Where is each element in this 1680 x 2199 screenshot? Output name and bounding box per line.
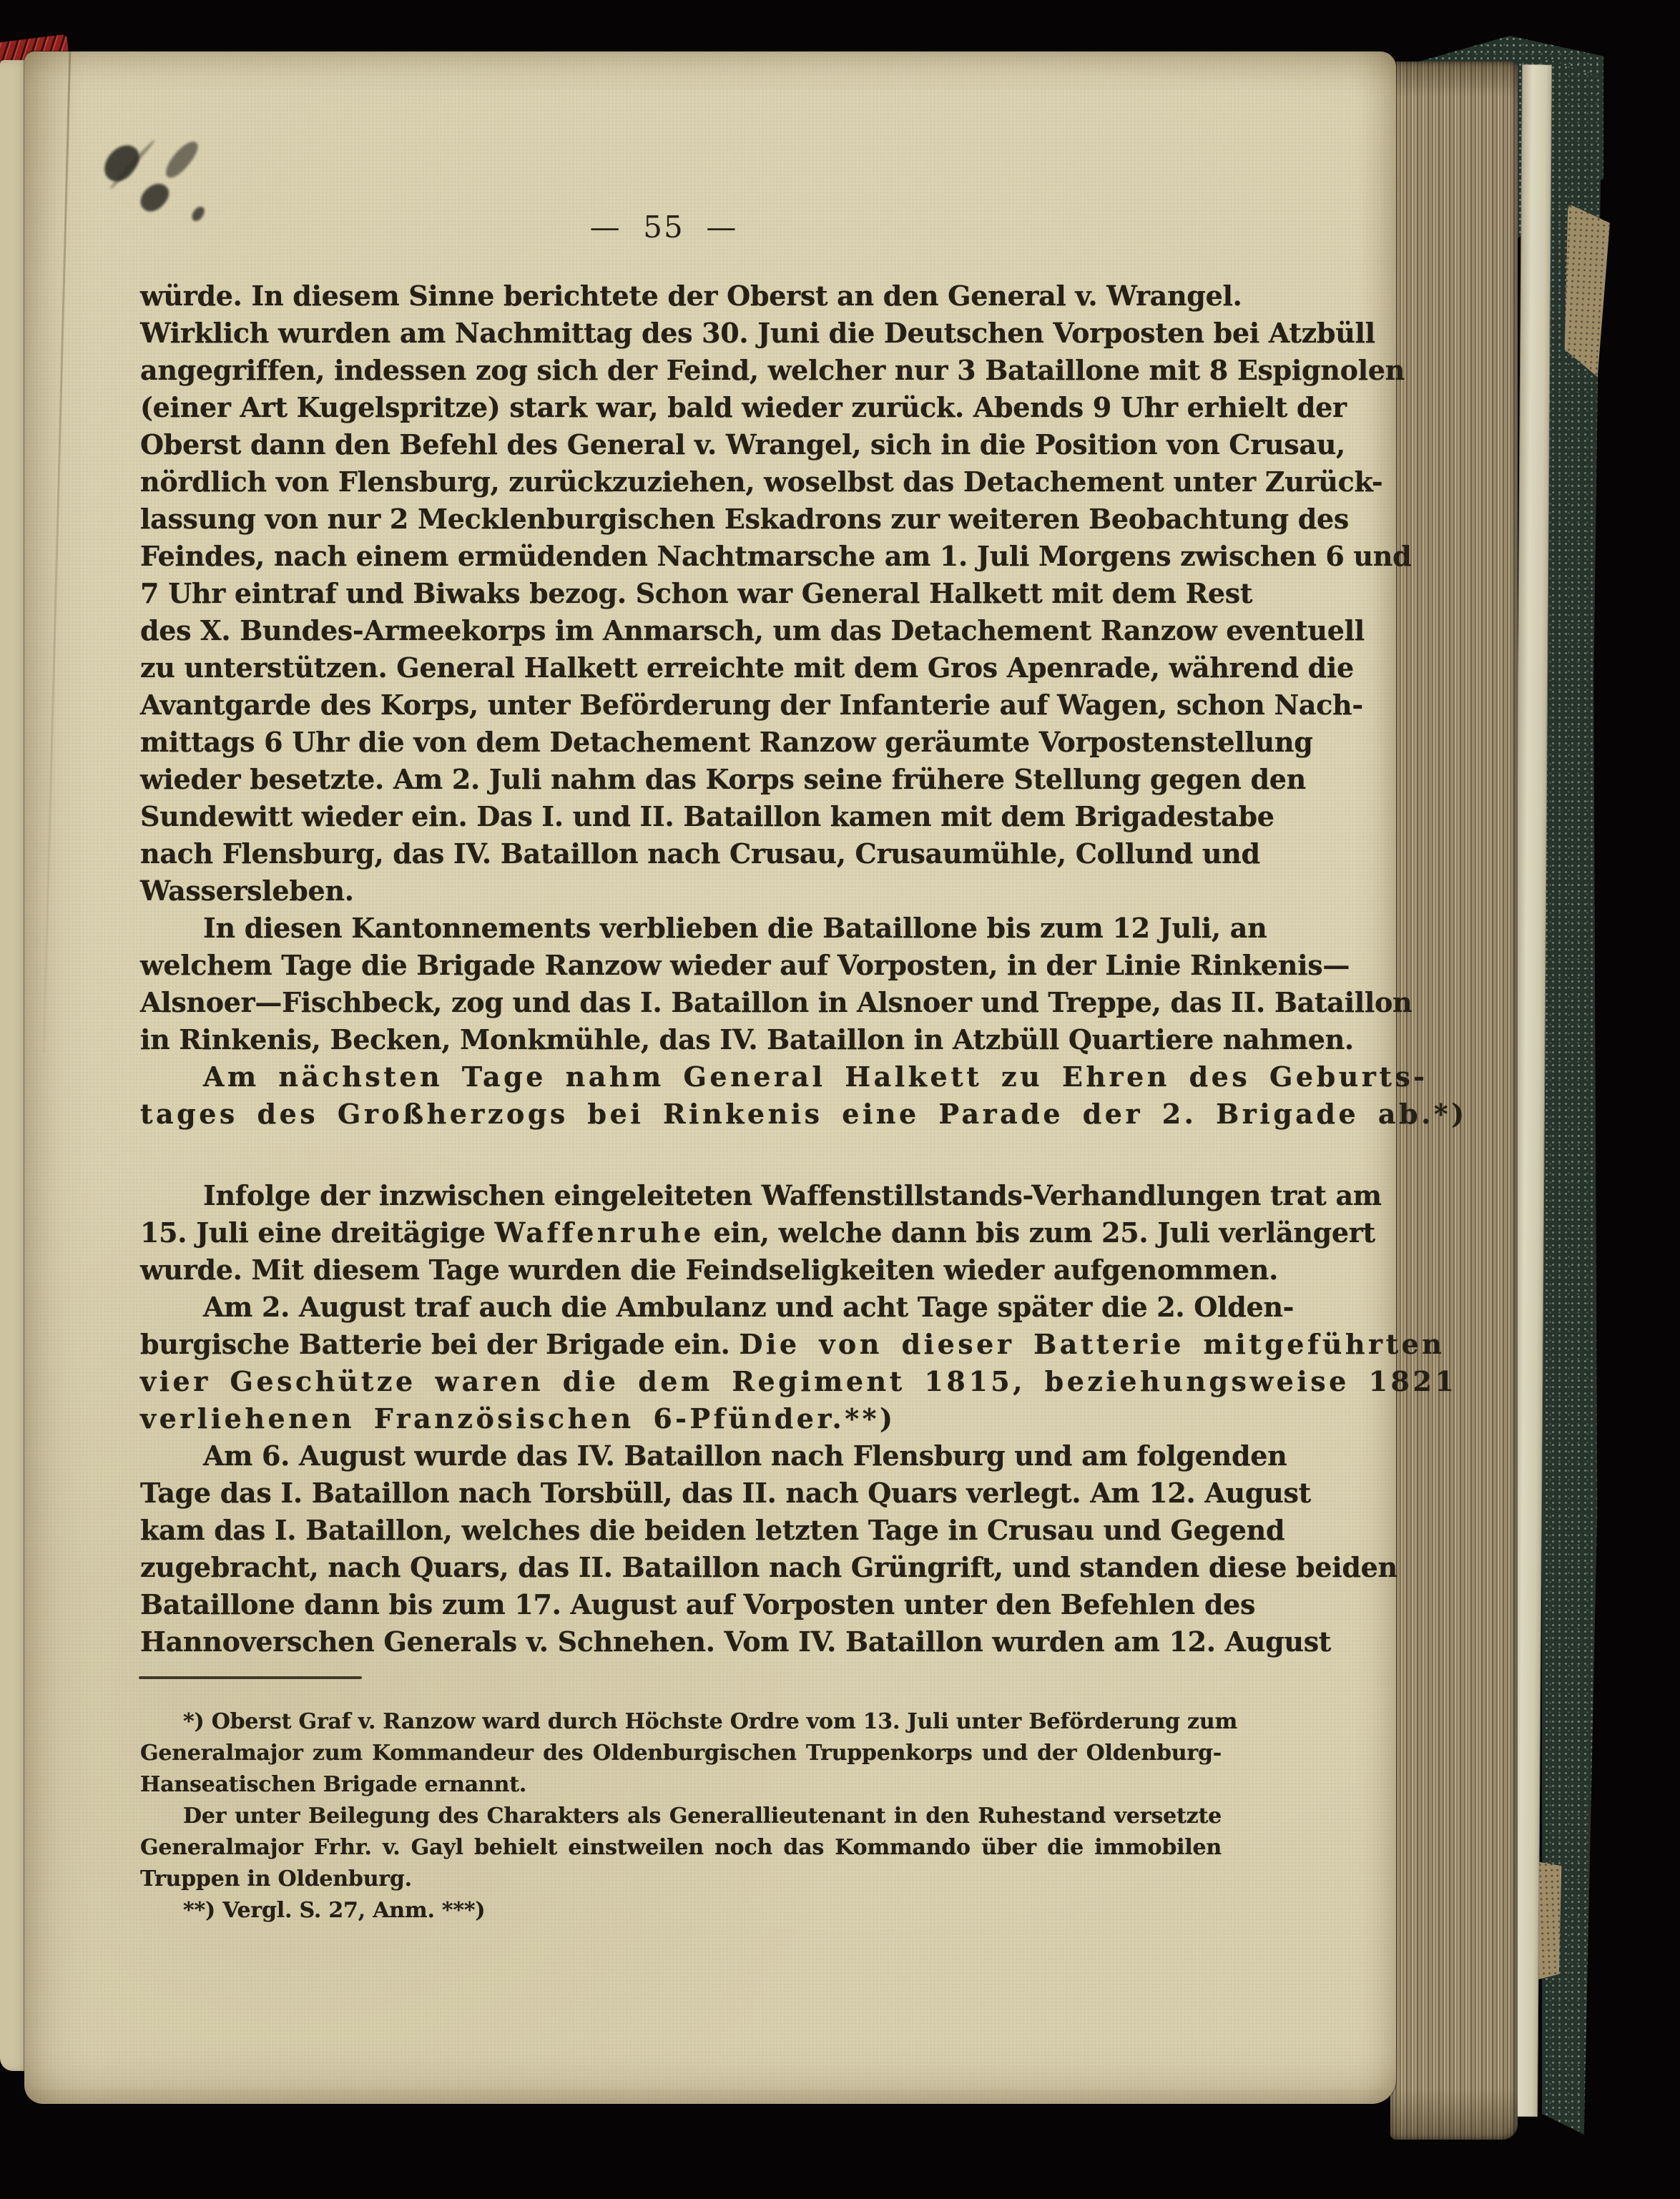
text-line: wieder besetzte. Am 2. Juli nahm das Kor… xyxy=(140,761,1222,798)
text-line: des X. Bundes-Armeekorps im Anmarsch, um… xyxy=(140,612,1222,649)
footnote-line: Generalmajor Frhr. v. Gayl behielt einst… xyxy=(140,1832,1222,1864)
text-line: mittags 6 Uhr die von dem Detachement Ra… xyxy=(140,724,1222,761)
text-line: Oberst dann den Befehl des General v. Wr… xyxy=(140,426,1222,463)
ink-smudge xyxy=(99,139,145,188)
text-line: Wirklich wurden am Nachmittag des 30. Ju… xyxy=(140,315,1222,352)
text-line: 7 Uhr eintraf und Biwaks bezog. Schon wa… xyxy=(140,575,1222,612)
text-line: Infolge der inzwischen eingeleiteten Waf… xyxy=(140,1177,1222,1214)
text-line: verliehenen Französischen 6-Pfünder.**) xyxy=(140,1400,1222,1437)
text-line: lassung von nur 2 Mecklenburgischen Eska… xyxy=(140,501,1222,538)
text-line: zu unterstützen. General Halkett erreich… xyxy=(140,649,1222,687)
page-number: — 55 — xyxy=(123,210,1204,245)
text-line: nach Flensburg, das IV. Bataillon nach C… xyxy=(140,835,1222,872)
body-text: würde. In diesem Sinne berichtete der Ob… xyxy=(140,277,1222,1661)
text-line: Feindes, nach einem ermüdenden Nachtmars… xyxy=(140,538,1222,575)
text-line: in Rinkenis, Becken, Monkmühle, das IV. … xyxy=(140,1021,1222,1058)
footnote-line: Der unter Beilegung des Charakters als G… xyxy=(140,1801,1222,1832)
text-line: kam das I. Bataillon, welches die beiden… xyxy=(140,1512,1222,1549)
text-line: 15. Juli eine dreitägige Waffenruhe ein,… xyxy=(140,1214,1222,1251)
footnote-line: Truppen in Oldenburg. xyxy=(140,1864,1222,1895)
text-line: Bataillone dann bis zum 17. August auf V… xyxy=(140,1586,1222,1623)
text-line: nördlich von Flensburg, zurückzuziehen, … xyxy=(140,463,1222,501)
footnote-line: **) Vergl. S. 27, Anm. ***) xyxy=(140,1895,1222,1927)
book-page: — 55 — würde. In diesem Sinne berichtete… xyxy=(24,51,1396,2104)
photo-backdrop: — 55 — würde. In diesem Sinne berichtete… xyxy=(0,0,1680,2199)
footnote-line: Generalmajor zum Kommandeur des Oldenbur… xyxy=(140,1738,1222,1769)
text-line: welchem Tage die Brigade Ranzow wieder a… xyxy=(140,947,1222,984)
text-line: Sundewitt wieder ein. Das I. und II. Bat… xyxy=(140,798,1222,835)
text-line: Avantgarde des Korps, unter Beförderung … xyxy=(140,687,1222,724)
text-line: (einer Art Kugelspritze) stark war, bald… xyxy=(140,389,1222,426)
text-line: In diesen Kantonnements verblieben die B… xyxy=(140,910,1222,947)
text-line: Am 2. August traf auch die Ambulanz und … xyxy=(140,1289,1222,1326)
footnote-rule xyxy=(139,1676,362,1679)
text-line: wurde. Mit diesem Tage wurden die Feinds… xyxy=(140,1251,1222,1289)
text-line: würde. In diesem Sinne berichtete der Ob… xyxy=(140,277,1222,315)
text-line: Alsnoer—Fischbeck, zog und das I. Batail… xyxy=(140,984,1222,1021)
text-line: Tage das I. Bataillon nach Torsbüll, das… xyxy=(140,1475,1222,1512)
ink-smudge xyxy=(161,137,202,182)
text-line: burgische Batterie bei der Brigade ein. … xyxy=(140,1326,1222,1363)
text-line: Hannoverschen Generals v. Schnehen. Vom … xyxy=(140,1623,1222,1661)
text-line: Am 6. August wurde das IV. Bataillon nac… xyxy=(140,1437,1222,1475)
text-line: Wassersleben. xyxy=(140,872,1222,910)
footnote-line: *) Oberst Graf v. Ranzow ward durch Höch… xyxy=(140,1706,1222,1738)
text-line: tages des Großherzogs bei Rinkenis eine … xyxy=(140,1096,1222,1133)
page-crease xyxy=(43,51,72,1053)
text-line: angegriffen, indessen zog sich der Feind… xyxy=(140,352,1222,389)
footnote-line: Hanseatischen Brigade ernannt. xyxy=(140,1769,1222,1801)
text-line: Am nächsten Tage nahm General Halkett zu… xyxy=(140,1058,1222,1096)
text-line: zugebracht, nach Quars, das II. Bataillo… xyxy=(140,1549,1222,1586)
text-line: vier Geschütze waren die dem Regiment 18… xyxy=(140,1363,1222,1400)
footnotes: *) Oberst Graf v. Ranzow ward durch Höch… xyxy=(140,1706,1222,1927)
